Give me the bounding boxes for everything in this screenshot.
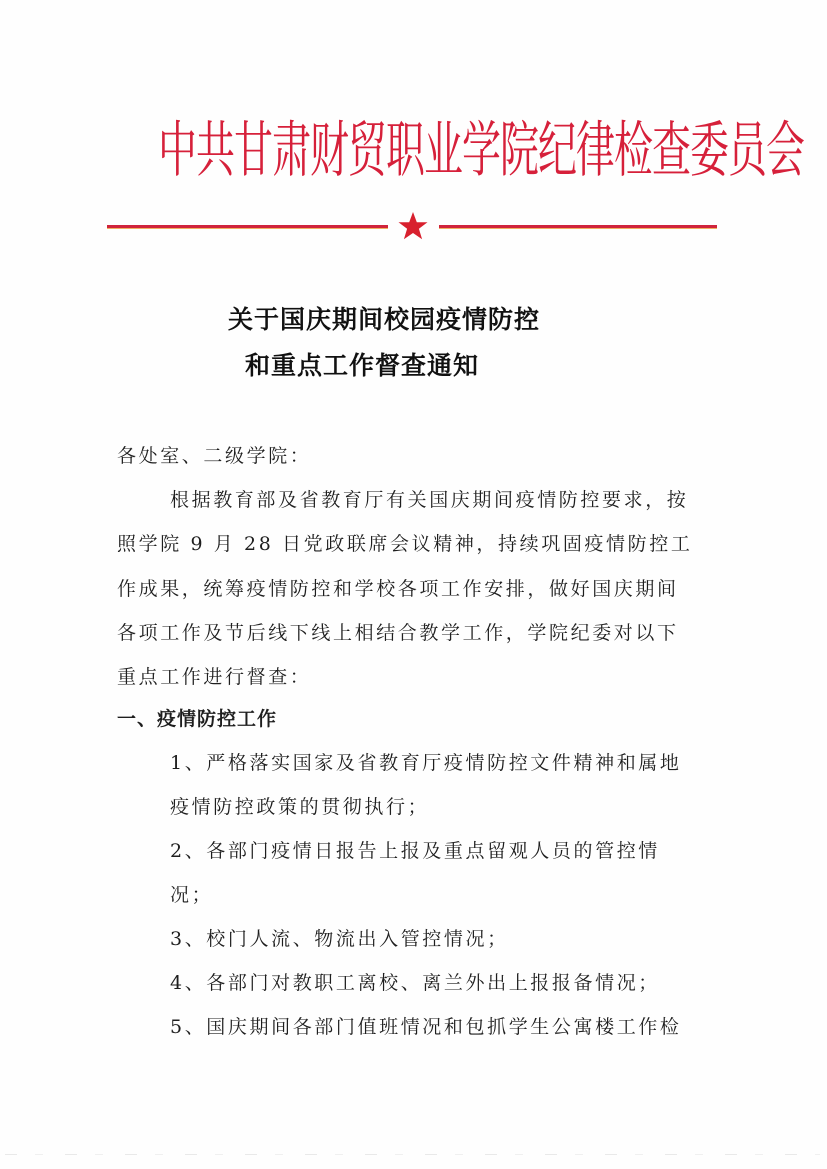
intro-paragraph-line: 作成果，统筹疫情防控和学校各项工作安排，做好国庆期间 [117, 574, 679, 601]
letterhead-rule-right [439, 225, 717, 228]
list-item-1-line-2: 疫情防控政策的贯彻执行； [170, 792, 429, 819]
intro-paragraph-line: 照学院 9 月 28 日党政联席会议精神，持续巩固疫情防控工 [117, 529, 692, 556]
letterhead-rule-left [107, 225, 388, 228]
list-item-3: 3、校门人流、物流出入管控情况； [170, 924, 509, 951]
section-heading: 一、疫情防控工作 [117, 704, 277, 731]
intro-paragraph-line: 重点工作进行督查： [117, 662, 311, 689]
intro-paragraph-line: 各项工作及节后线下线上相结合教学工作，学院纪委对以下 [117, 618, 679, 645]
list-item-2-line-2: 况； [170, 880, 213, 907]
document-title-line-1: 关于国庆期间校园疫情防控 [228, 300, 540, 336]
intro-paragraph-line: 根据教育部及省教育厅有关国庆期间疫情防控要求，按 [170, 485, 688, 512]
letterhead-org-name: 中共甘肃财贸职业学院纪律检查委员会 [158, 90, 668, 214]
list-item-1-line-1: 1、严格落实国家及省教育厅疫情防控文件精神和属地 [170, 748, 682, 775]
list-item-4: 4、各部门对教职工离校、离兰外出上报报备情况； [170, 968, 660, 995]
list-item-2-line-1: 2、各部门疫情日报告上报及重点留观人员的管控情 [170, 836, 660, 863]
salutation: 各处室、二级学院： [117, 441, 311, 468]
document-page: 中共甘肃财贸职业学院纪律检查委员会 关于国庆期间校园疫情防控 和重点工作督查通知… [0, 0, 827, 1169]
star-icon [397, 211, 429, 241]
document-title-line-2: 和重点工作督查通知 [245, 346, 479, 382]
list-item-5-line-1: 5、国庆期间各部门值班情况和包抓学生公寓楼工作检 [170, 1012, 682, 1039]
scan-artifact-line [5, 1154, 820, 1155]
